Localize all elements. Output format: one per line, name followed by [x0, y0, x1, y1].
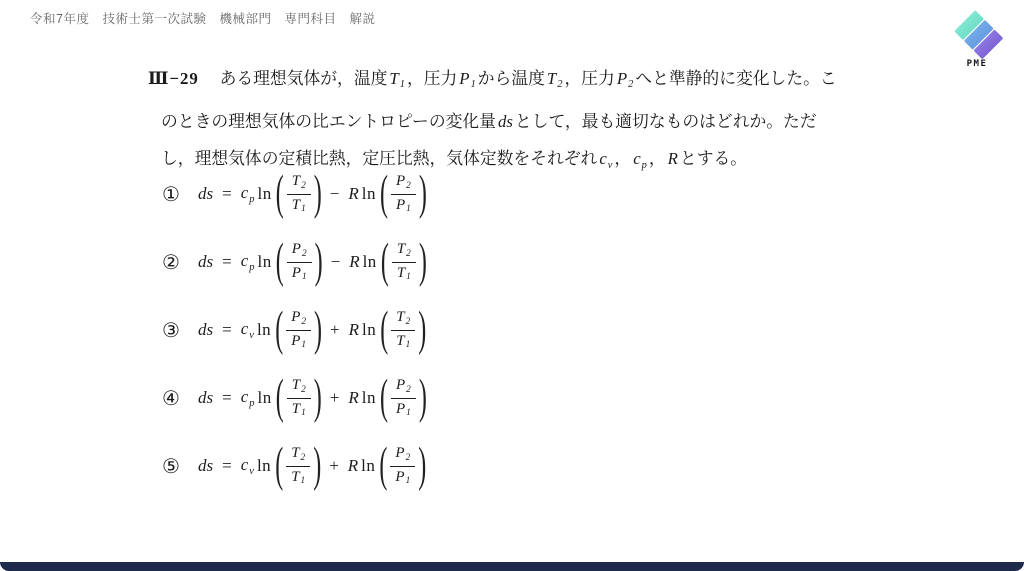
- formula: ds=cpln(P2P1)−Rln(T2T1): [196, 239, 428, 285]
- math-subscript: 2: [406, 181, 411, 191]
- fraction: T2T1: [391, 307, 415, 353]
- open-paren: (: [379, 441, 387, 490]
- math-variable: ds: [198, 388, 213, 408]
- math-subscript: 2: [406, 317, 411, 327]
- math-subscript: 2: [406, 249, 411, 259]
- math-subscript: 2: [406, 453, 411, 463]
- math-variable: T2: [291, 445, 305, 461]
- operator-sign: +: [330, 320, 340, 340]
- close-paren: ): [314, 373, 322, 422]
- close-paren: ): [418, 305, 426, 354]
- formula: ds=cpln(T2T1)−Rln(P2P1): [196, 171, 428, 217]
- math-subscript: 1: [302, 272, 307, 282]
- math-variable: T1: [292, 401, 306, 417]
- fraction: P2P1: [287, 239, 312, 285]
- math-variable: ds: [198, 320, 213, 340]
- open-paren: (: [275, 441, 283, 490]
- math-variable: P1: [396, 401, 411, 417]
- math-variable: P2: [396, 377, 411, 393]
- close-paren: ): [315, 237, 323, 286]
- formula: ds=cvln(P2P1)+Rln(T2T1): [196, 307, 427, 353]
- fraction-numerator: P2: [391, 171, 416, 194]
- fraction-denominator: P1: [391, 194, 416, 218]
- options-list: ①ds=cpln(T2T1)−Rln(P2P1)②ds=cpln(P2P1)−R…: [146, 160, 428, 500]
- operator-sign: −: [330, 184, 340, 204]
- fraction-denominator: P1: [390, 466, 415, 490]
- math-variable: P1: [459, 69, 475, 88]
- math-subscript: 1: [301, 204, 306, 214]
- ln-operator: ln: [363, 252, 377, 272]
- math-variable: cv: [241, 319, 254, 340]
- fraction-numerator: T2: [287, 375, 311, 398]
- math-variable: cp: [241, 183, 255, 204]
- option-number: ④: [162, 386, 196, 411]
- close-paren: ): [314, 169, 322, 218]
- fraction: T2T1: [392, 239, 416, 285]
- math-subscript: p: [249, 262, 254, 273]
- fraction-numerator: P2: [390, 443, 415, 466]
- text-run: ，圧力: [407, 69, 457, 88]
- option-number: ①: [162, 182, 196, 207]
- math-variable: cp: [241, 251, 255, 272]
- question-line: Ⅲ−29 ある理想気体が，温度T1，圧力P1から温度T2，圧力P2へと準静的に変…: [148, 60, 928, 103]
- equals-sign: =: [222, 252, 232, 272]
- math-subscript: 1: [471, 79, 476, 90]
- math-variable: P2: [396, 173, 411, 189]
- math-variable: T2: [396, 309, 410, 325]
- fraction-denominator: T1: [287, 194, 311, 218]
- text-run: ，: [614, 149, 631, 168]
- math-subscript: 1: [301, 408, 306, 418]
- open-paren: (: [380, 305, 388, 354]
- fraction-numerator: P2: [391, 375, 416, 398]
- equals-sign: =: [222, 388, 232, 408]
- ln-operator: ln: [362, 388, 376, 408]
- fraction-numerator: T2: [287, 171, 311, 194]
- open-paren: (: [276, 373, 284, 422]
- ln-operator: ln: [258, 252, 272, 272]
- text-run: のときの理想気体の比エントロピーの変化量: [161, 112, 496, 131]
- close-paren: ): [313, 441, 321, 490]
- option-row: ②ds=cpln(P2P1)−Rln(T2T1): [146, 228, 428, 296]
- math-variable: cp: [241, 387, 255, 408]
- math-variable: ds: [198, 252, 213, 272]
- math-variable: cv: [241, 455, 254, 476]
- math-subscript: 1: [301, 340, 306, 350]
- math-subscript: 2: [406, 385, 411, 395]
- math-subscript: 1: [301, 476, 306, 486]
- operator-sign: +: [330, 388, 340, 408]
- close-paren: ): [314, 305, 322, 354]
- open-paren: (: [380, 169, 388, 218]
- fraction-numerator: P2: [287, 239, 312, 262]
- close-paren: ): [418, 441, 426, 490]
- text-run: から温度: [478, 69, 545, 88]
- math-subscript: p: [642, 160, 647, 171]
- fraction: P2P1: [390, 443, 415, 489]
- fraction-denominator: T1: [391, 330, 415, 354]
- math-variable: cv: [599, 149, 612, 168]
- math-subscript: p: [249, 398, 254, 409]
- open-paren: (: [381, 237, 389, 286]
- fraction-numerator: P2: [286, 307, 311, 330]
- ln-operator: ln: [257, 456, 271, 476]
- option-row: ④ds=cpln(T2T1)+Rln(P2P1): [146, 364, 428, 432]
- fraction-denominator: P1: [391, 398, 416, 422]
- fraction-denominator: T1: [392, 262, 416, 286]
- pme-logo-icon: [949, 5, 1005, 61]
- fraction-denominator: P1: [286, 330, 311, 354]
- fraction: P2P1: [286, 307, 311, 353]
- operator-sign: +: [329, 456, 339, 476]
- math-variable: R: [668, 149, 678, 168]
- text-run: とする。: [680, 149, 747, 168]
- math-variable: ds: [198, 456, 213, 476]
- open-paren: (: [380, 373, 388, 422]
- fraction: P2P1: [391, 375, 416, 421]
- math-variable: T2: [397, 241, 411, 257]
- math-subscript: 2: [628, 79, 633, 90]
- math-subscript: p: [249, 194, 254, 205]
- text-run: ，圧力: [564, 69, 614, 88]
- option-number: ⑤: [162, 454, 196, 479]
- math-variable: T2: [292, 377, 306, 393]
- fraction-denominator: T1: [286, 466, 310, 490]
- math-subscript: 2: [301, 453, 306, 463]
- math-variable: P1: [395, 469, 410, 485]
- option-row: ③ds=cvln(P2P1)+Rln(T2T1): [146, 296, 428, 364]
- math-subscript: 1: [406, 340, 411, 350]
- fraction-numerator: T2: [286, 443, 310, 466]
- option-number: ②: [162, 250, 196, 275]
- math-variable: R: [348, 388, 358, 408]
- fraction-denominator: P1: [287, 262, 312, 286]
- ln-operator: ln: [258, 388, 272, 408]
- math-subscript: 2: [557, 79, 562, 90]
- fraction: T2T1: [287, 171, 311, 217]
- ln-operator: ln: [362, 320, 376, 340]
- page-title: 令和7年度 技術士第一次試験 機械部門 専門科目 解説: [30, 9, 375, 27]
- close-paren: ): [419, 237, 427, 286]
- equals-sign: =: [222, 456, 232, 476]
- math-variable: P1: [396, 197, 411, 213]
- text-run: へと準静的に変化した。こ: [635, 69, 836, 88]
- fraction: T2T1: [287, 375, 311, 421]
- math-variable: T1: [389, 69, 405, 88]
- math-variable: P2: [292, 241, 307, 257]
- formula: ds=cvln(T2T1)+Rln(P2P1): [196, 443, 427, 489]
- open-paren: (: [276, 237, 284, 286]
- math-variable: T2: [292, 173, 306, 189]
- operator-sign: −: [331, 252, 341, 272]
- math-subscript: v: [249, 330, 254, 341]
- math-variable: P1: [292, 265, 307, 281]
- question-line: のときの理想気体の比エントロピーの変化量dsとして，最も適切なものはどれか。ただ: [161, 103, 928, 140]
- open-paren: (: [276, 169, 284, 218]
- math-variable: ds: [198, 184, 213, 204]
- math-variable: T1: [396, 333, 410, 349]
- math-subscript: 2: [301, 181, 306, 191]
- math-subscript: 1: [400, 79, 405, 90]
- footer-bar: [0, 562, 1024, 571]
- math-variable: R: [349, 320, 359, 340]
- math-variable: T1: [397, 265, 411, 281]
- option-number: ③: [162, 318, 196, 343]
- pme-logo-label: PME: [946, 59, 1008, 69]
- math-variable: T1: [291, 469, 305, 485]
- math-variable: cp: [633, 149, 647, 168]
- math-variable: T1: [292, 197, 306, 213]
- close-paren: ): [419, 169, 427, 218]
- text-run: として，最も適切なものはどれか。ただ: [515, 112, 817, 131]
- math-subscript: v: [249, 466, 254, 477]
- math-variable: ds: [498, 112, 513, 131]
- ln-operator: ln: [257, 320, 271, 340]
- close-paren: ): [419, 373, 427, 422]
- math-subscript: 1: [406, 272, 411, 282]
- math-variable: R: [348, 456, 358, 476]
- text-run: ある理想気体が，温度: [203, 69, 388, 88]
- math-variable: P2: [395, 445, 410, 461]
- equals-sign: =: [222, 184, 232, 204]
- fraction-denominator: T1: [287, 398, 311, 422]
- open-paren: (: [275, 305, 283, 354]
- math-subscript: 1: [406, 408, 411, 418]
- math-subscript: 2: [302, 249, 307, 259]
- math-variable: R: [348, 184, 358, 204]
- pme-logo: PME: [946, 5, 1008, 69]
- option-row: ①ds=cpln(T2T1)−Rln(P2P1): [146, 160, 428, 228]
- math-subscript: 2: [301, 317, 306, 327]
- option-row: ⑤ds=cvln(T2T1)+Rln(P2P1): [146, 432, 428, 500]
- math-variable: R: [349, 252, 359, 272]
- math-subscript: 2: [301, 385, 306, 395]
- math-variable: P2: [291, 309, 306, 325]
- ln-operator: ln: [362, 184, 376, 204]
- fraction: P2P1: [391, 171, 416, 217]
- math-subscript: 1: [406, 204, 411, 214]
- fraction-numerator: T2: [391, 307, 415, 330]
- math-variable: P2: [617, 69, 633, 88]
- math-subscript: 1: [406, 476, 411, 486]
- fraction: T2T1: [286, 443, 310, 489]
- math-subscript: v: [608, 160, 613, 171]
- question-number: Ⅲ−29: [148, 69, 199, 88]
- ln-operator: ln: [258, 184, 272, 204]
- fraction-numerator: T2: [392, 239, 416, 262]
- math-variable: T2: [547, 69, 563, 88]
- ln-operator: ln: [361, 456, 375, 476]
- formula: ds=cpln(T2T1)+Rln(P2P1): [196, 375, 428, 421]
- math-variable: P1: [291, 333, 306, 349]
- equals-sign: =: [222, 320, 232, 340]
- text-run: ，: [649, 149, 666, 168]
